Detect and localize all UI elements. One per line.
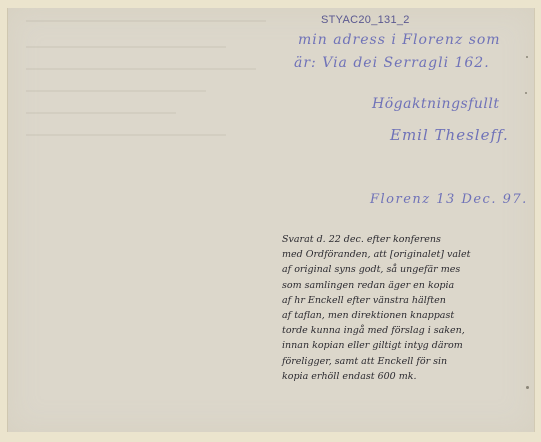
faint-bleedthrough-line	[26, 90, 206, 92]
signature: Emil Thesleff.	[390, 126, 509, 144]
closing-salutation: Högaktningsfullt	[372, 96, 500, 112]
paper-fleck	[526, 56, 528, 58]
faint-bleedthrough-line	[26, 46, 226, 48]
paper-fleck	[525, 92, 527, 94]
note-line: som samlingen redan äger en kopia	[282, 278, 537, 293]
faint-bleedthrough-line	[26, 68, 256, 70]
archive-id-stamp: STYAC20_131_2	[321, 14, 410, 26]
note-line: med Ordföranden, att [originalet] valet	[282, 247, 537, 262]
paper-fleck	[526, 386, 529, 389]
address-line-1: min adress i Florenz som	[298, 32, 501, 48]
note-line: kopia erhöll endast 600 mk.	[282, 369, 537, 384]
address-line-2: är: Via dei Serragli 162.	[294, 55, 490, 71]
note-line: af hr Enckell efter vänstra hälften	[282, 293, 537, 308]
letter-date: Florenz 13 Dec. 97.	[370, 192, 528, 207]
note-line: af taflan, men direktionen knappast	[282, 308, 537, 323]
faint-bleedthrough-line	[26, 20, 266, 22]
note-line: af original syns godt, så ungefär mes	[282, 262, 537, 277]
reply-note: Svarat d. 22 dec. efter konferens med Or…	[282, 232, 537, 384]
faint-bleedthrough-line	[26, 134, 226, 136]
note-line: innan kopian eller giltigt intyg därom	[282, 338, 537, 353]
faint-bleedthrough-line	[26, 112, 176, 114]
note-line: torde kunna ingå med förslag i saken,	[282, 323, 537, 338]
note-line: Svarat d. 22 dec. efter konferens	[282, 232, 537, 247]
note-line: föreligger, samt att Enckell för sin	[282, 354, 537, 369]
